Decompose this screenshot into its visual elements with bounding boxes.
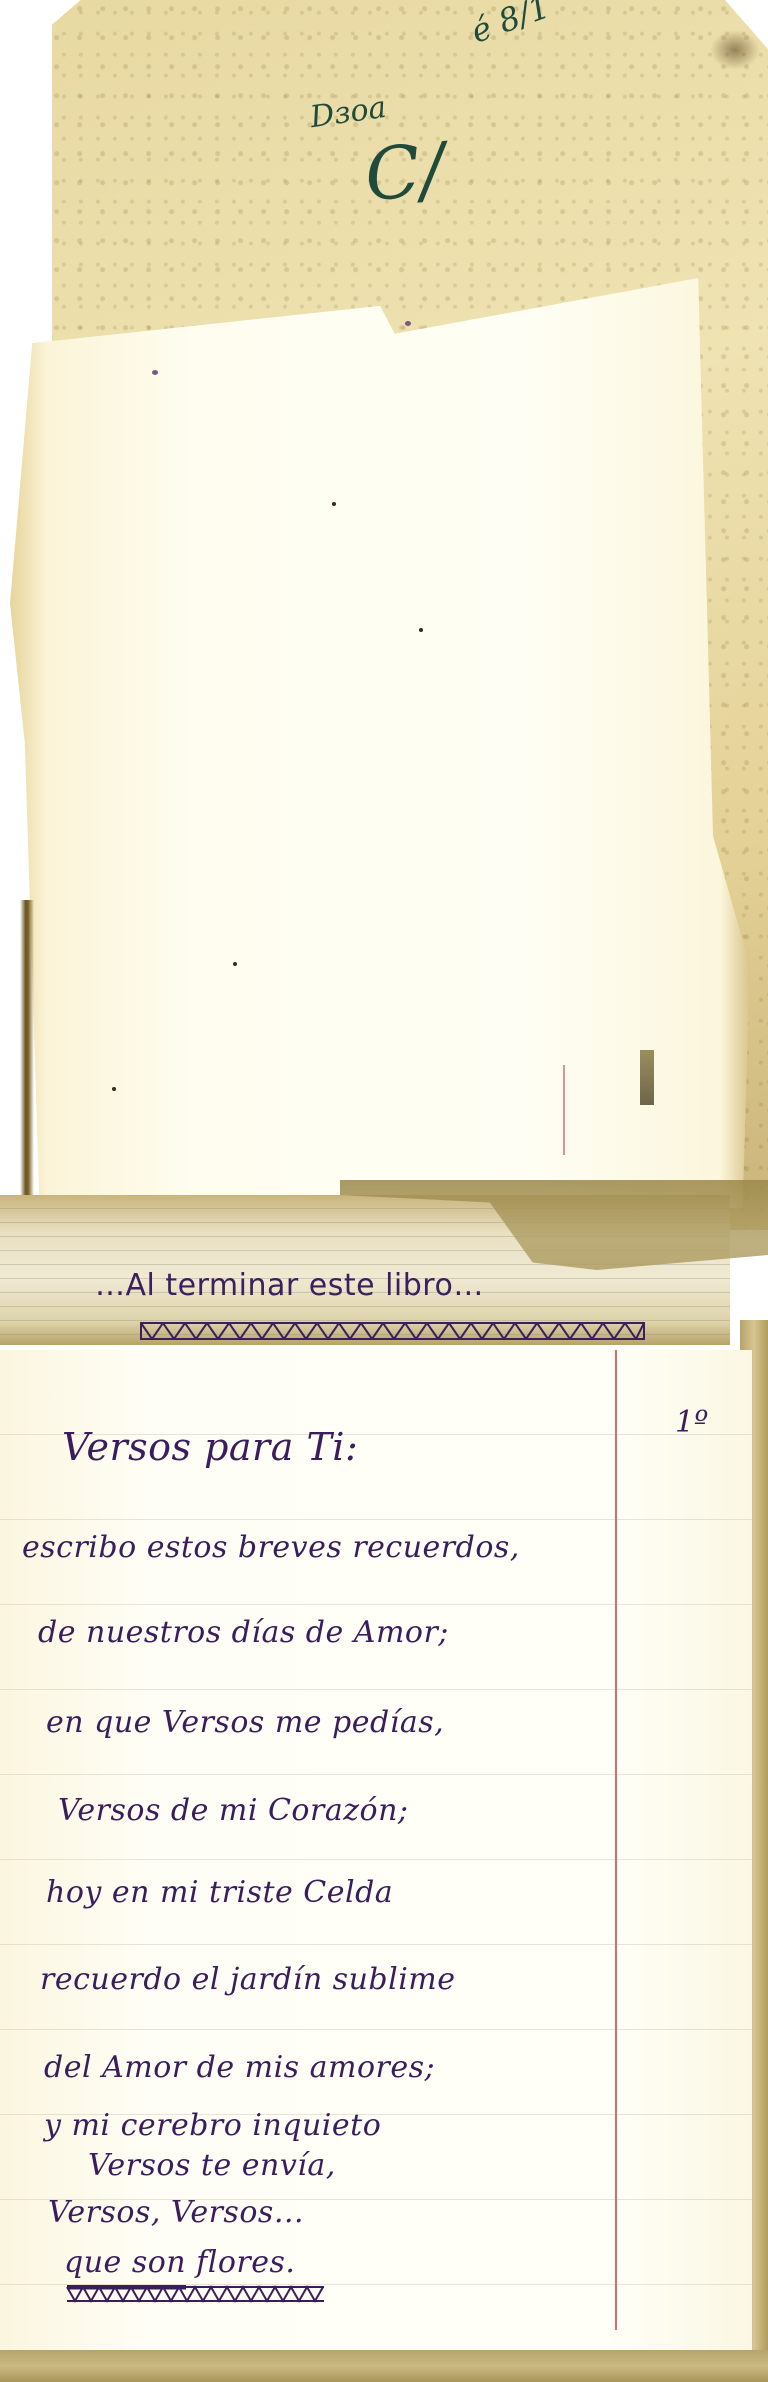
page-number: 1º <box>675 1405 708 1440</box>
strip-title: …Al terminar este libro… <box>95 1268 484 1303</box>
ink-speck <box>152 370 158 375</box>
ink-speck <box>233 962 237 966</box>
poem-line: hoy en mi triste Celda <box>46 1875 393 1910</box>
poem-line: y mi cerebro inquieto <box>44 2108 381 2143</box>
end-zigzag-ornament <box>66 2285 326 2303</box>
poem-title: Versos para Ti: <box>62 1425 358 1469</box>
red-margin-line-fragment <box>563 1065 565 1155</box>
tear-stain <box>640 1050 654 1105</box>
bottom-stained-band <box>0 2350 768 2382</box>
blank-page <box>10 278 750 1208</box>
cover-stain <box>710 30 760 70</box>
ink-speck <box>405 321 411 326</box>
poem-line: escribo estos breves recuerdos, <box>22 1530 520 1565</box>
poem-line: de nuestros días de Amor; <box>38 1615 449 1650</box>
ink-speck <box>419 628 423 632</box>
zigzag-ornament <box>140 1322 645 1340</box>
poem-line: Versos de mi Corazón; <box>58 1793 409 1828</box>
poem-line: en que Versos me pedías, <box>46 1705 444 1740</box>
poem-line: recuerdo el jardín sublime <box>40 1962 456 1997</box>
ink-speck <box>112 1087 116 1091</box>
poem-line: del Amor de mis amores; <box>44 2050 435 2085</box>
poem-line: que son flores. <box>64 2245 295 2280</box>
poem-line: Versos, Versos… <box>48 2195 304 2230</box>
poem-line: Versos te envía, <box>88 2148 336 2183</box>
red-margin-line <box>615 1350 617 2330</box>
ink-speck <box>332 502 336 506</box>
blank-page-stained-edge <box>20 900 34 1210</box>
cover-large-mark: C/ <box>361 127 447 218</box>
